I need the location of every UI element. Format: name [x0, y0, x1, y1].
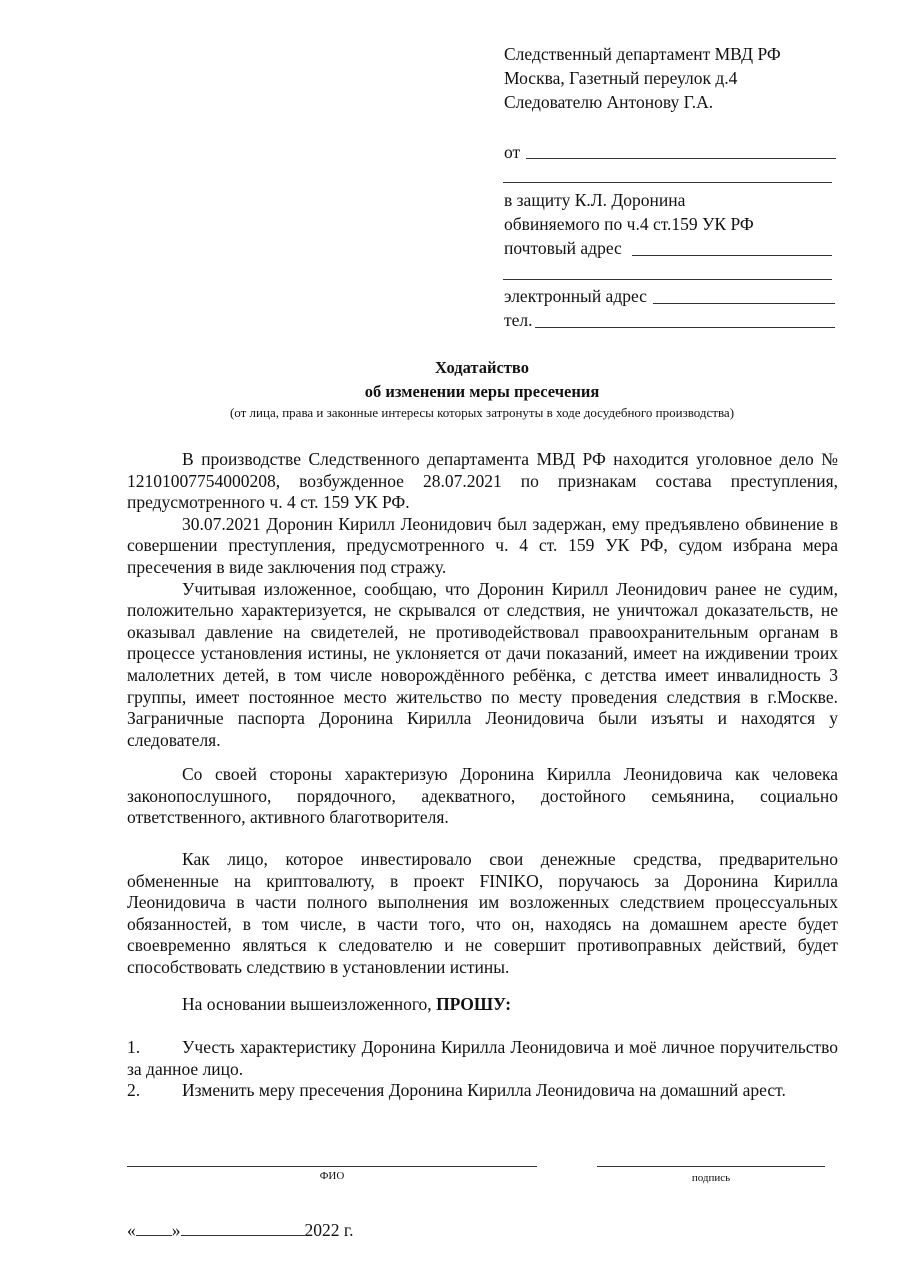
- paragraph-detention: 30.07.2021 Доронин Кирилл Леонидович был…: [127, 514, 838, 579]
- recipient-address: Москва, Газетный переулок д.4: [504, 66, 737, 90]
- paragraph-case: В производстве Следственного департамент…: [127, 449, 838, 514]
- phone-field[interactable]: [535, 327, 835, 328]
- request-intro: На основании вышеизложенного,: [182, 994, 432, 1014]
- paragraph-guarantee: Как лицо, которое инвестировало свои ден…: [127, 849, 838, 979]
- date-close-quote: »: [172, 1220, 181, 1240]
- body-block-2: Со своей стороны характеризую Доронина К…: [127, 764, 838, 829]
- email-field[interactable]: [653, 303, 835, 304]
- month-field[interactable]: [181, 1221, 305, 1236]
- fio-label: ФИО: [127, 1170, 537, 1182]
- request-item-text: Изменить меру пресечения Доронина Кирилл…: [182, 1080, 786, 1100]
- paragraph-characteristics: Учитывая изложенное, сообщаю, что Дорони…: [127, 579, 838, 752]
- request-item-number: 2.: [127, 1080, 182, 1102]
- defense-of: в защиту К.Л. Доронина: [504, 188, 685, 212]
- phone-label: тел.: [504, 308, 533, 332]
- date-line: «»2022 г.: [127, 1220, 353, 1241]
- request-bold: ПРОШУ:: [436, 994, 511, 1014]
- request-intro-block: На основании вышеизложенного, ПРОШУ:: [127, 994, 838, 1016]
- request-item-2: 2.Изменить меру пресечения Доронина Кири…: [127, 1080, 838, 1102]
- date-open-quote: «: [127, 1220, 136, 1240]
- document-title: Ходатайство: [0, 358, 904, 378]
- recipient-department: Следственный департамент МВД РФ: [504, 42, 781, 66]
- request-item-1: 1.Учесть характеристику Доронина Кирилла…: [127, 1037, 838, 1080]
- document-subtitle: (от лица, права и законные интересы кото…: [0, 405, 904, 421]
- day-field[interactable]: [136, 1221, 172, 1236]
- paragraph-personal-characterization: Со своей стороны характеризую Доронина К…: [127, 764, 838, 829]
- accused-article: обвиняемого по ч.4 ст.159 УК РФ: [504, 212, 754, 236]
- request-item-number: 1.: [127, 1037, 182, 1059]
- postal-address-field-2[interactable]: [503, 279, 832, 280]
- document-subject: об изменении меры пресечения: [0, 382, 904, 402]
- from-field-line[interactable]: [526, 158, 836, 159]
- postal-address-field[interactable]: [632, 255, 832, 256]
- body-block-3: Как лицо, которое инвестировало свои ден…: [127, 849, 838, 979]
- signature-field-line[interactable]: [597, 1166, 825, 1167]
- from-label: от: [504, 140, 520, 164]
- email-label: электронный адрес: [504, 284, 647, 308]
- recipient-investigator: Следователю Антонову Г.А.: [504, 90, 713, 114]
- request-item-text: Учесть характеристику Доронина Кирилла Л…: [127, 1037, 838, 1079]
- from-field-line-2[interactable]: [503, 182, 832, 183]
- fio-field-line[interactable]: [127, 1166, 537, 1167]
- year-label: 2022 г.: [305, 1220, 354, 1240]
- body-block-1: В производстве Следственного департамент…: [127, 449, 838, 751]
- signature-label: подпись: [597, 1172, 825, 1184]
- postal-address-label: почтовый адрес: [504, 236, 622, 260]
- request-list: 1.Учесть характеристику Доронина Кирилла…: [127, 1037, 838, 1102]
